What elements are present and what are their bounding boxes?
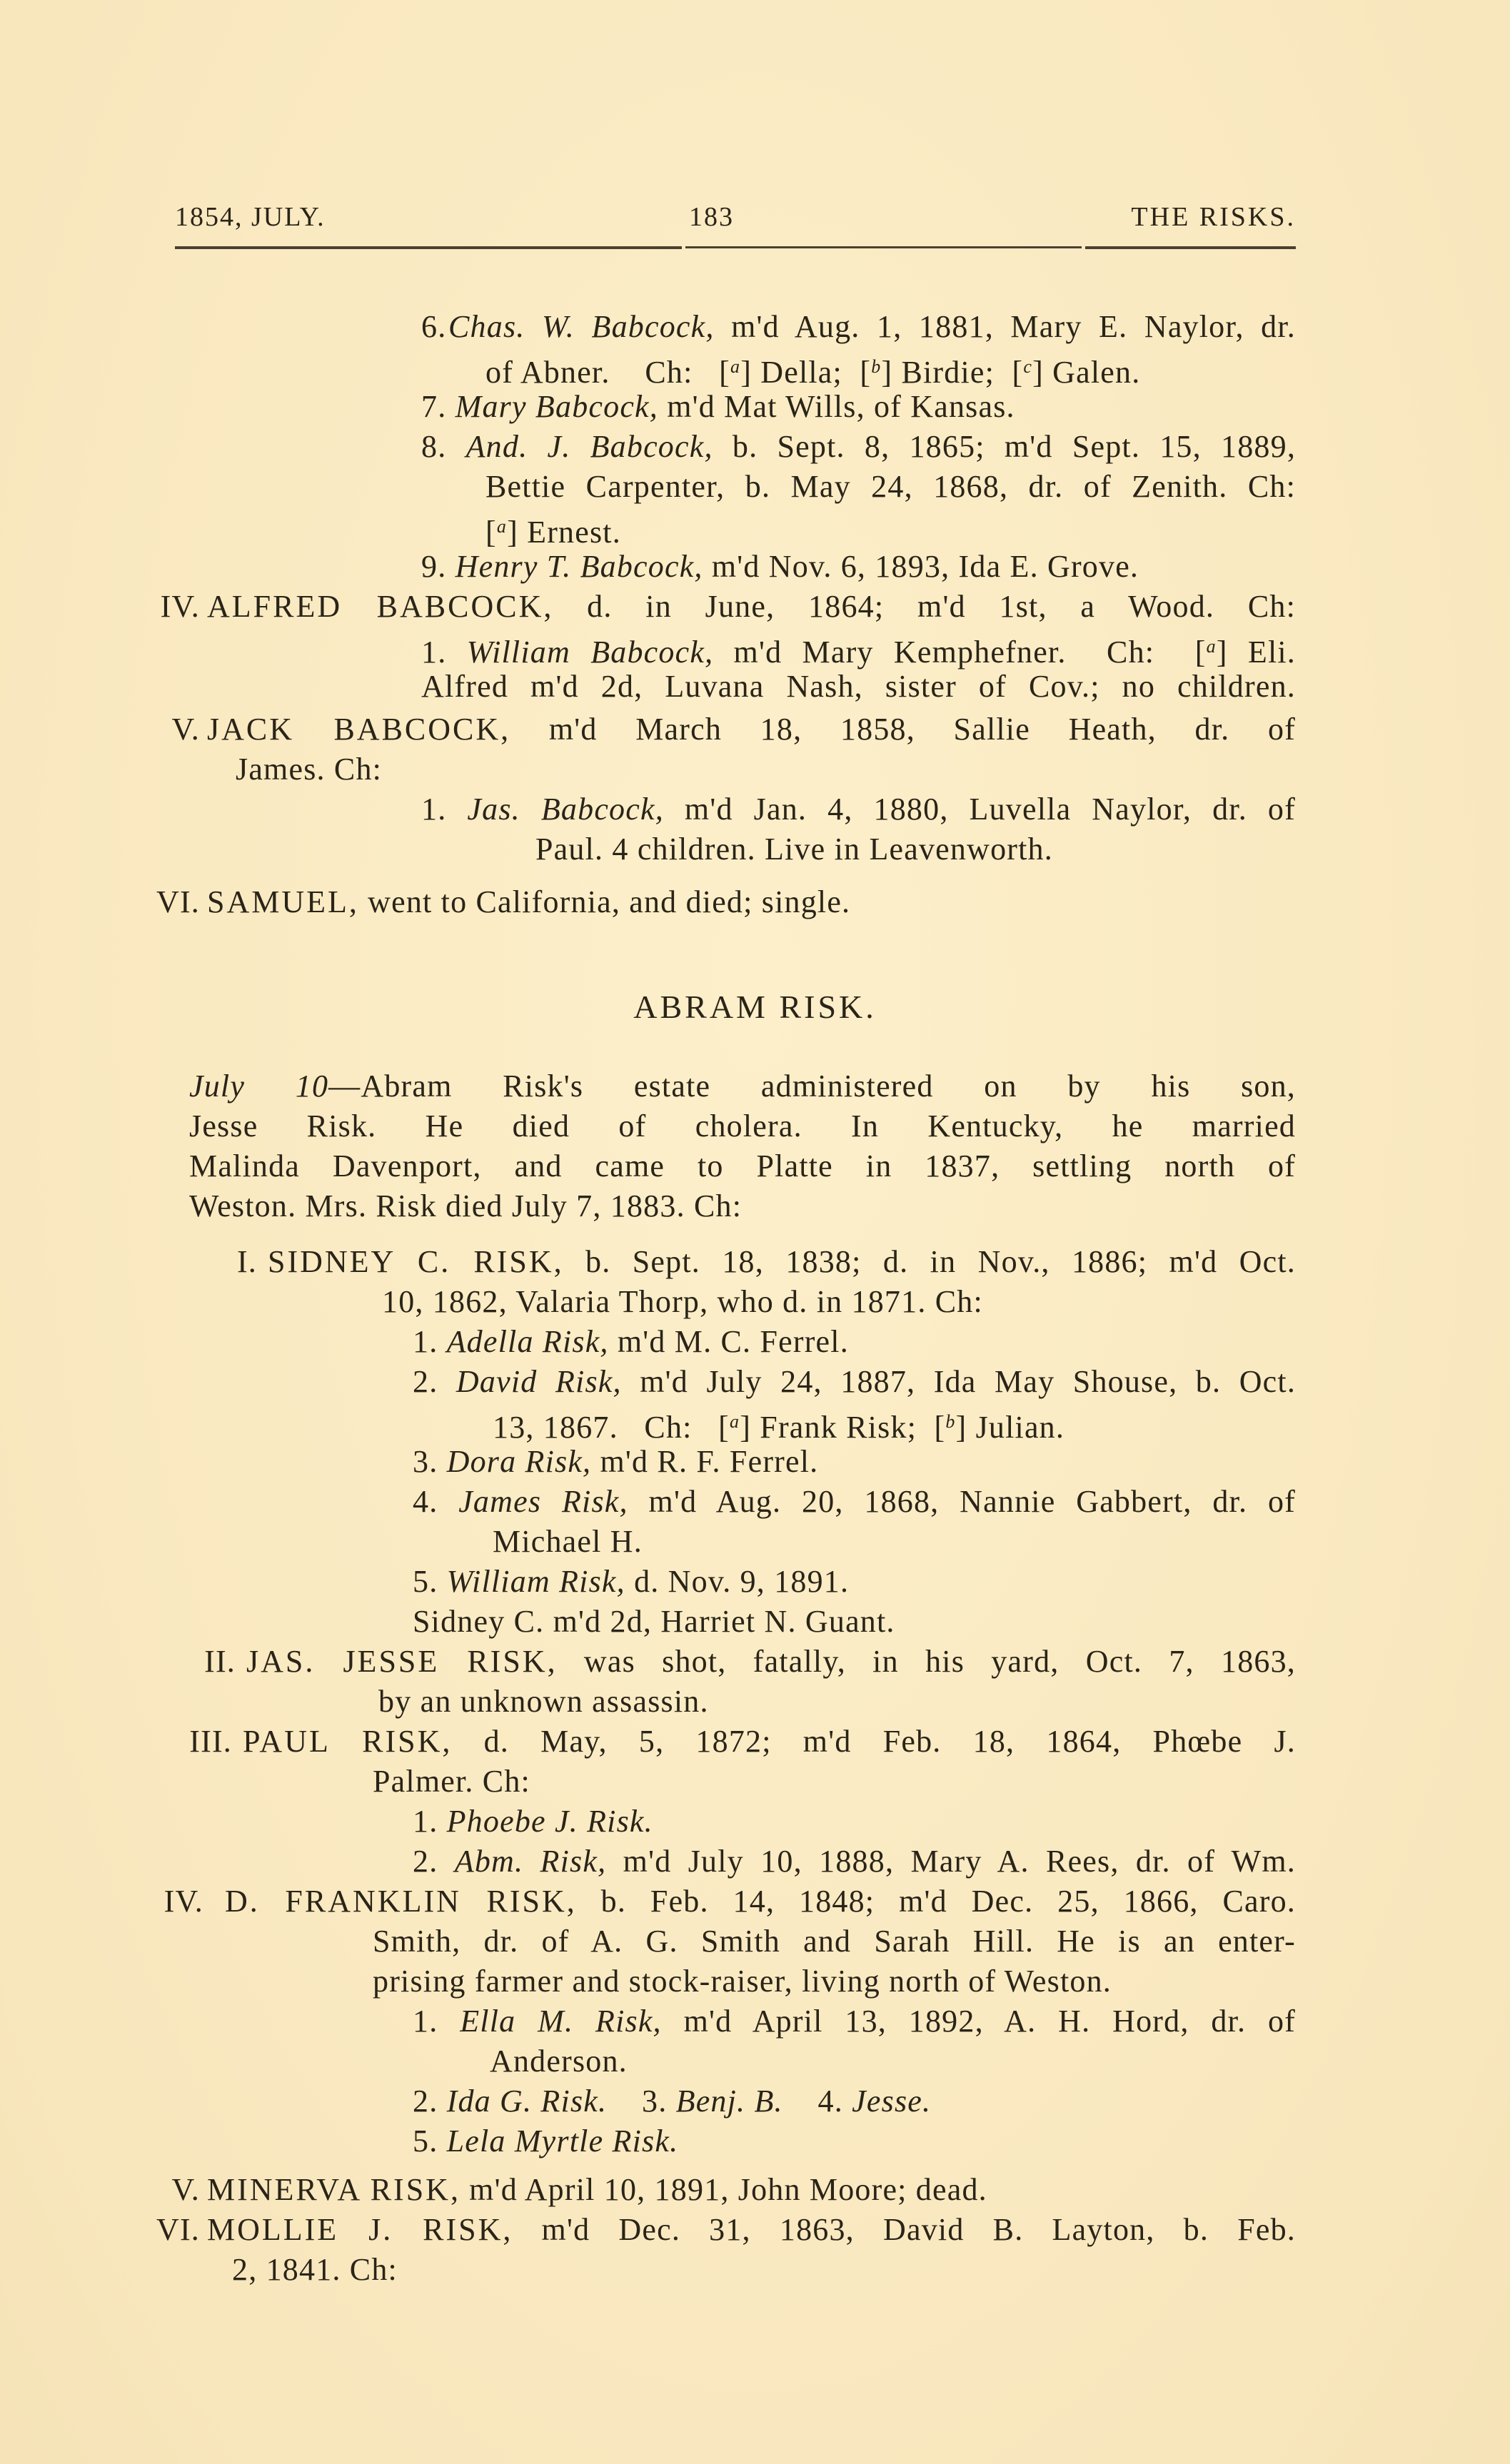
person-name: Jesse.	[852, 2084, 931, 2119]
header-rule	[1085, 246, 1296, 249]
section-line: I. SIDNEY C. RISK, b. Sept. 18, 1838; d.…	[214, 1242, 1296, 1282]
person-name: Benj. B.	[676, 2084, 783, 2119]
book-page: 1854, JULY. 183 THE RISKS. 6. Chas. W. B…	[0, 0, 1510, 2464]
intro-line: July 10—Abram Risk's estate administered…	[189, 1066, 1296, 1106]
entry-number: 4.	[413, 1484, 438, 1519]
entry-line: 6. Chas. W. Babcock, m'd Aug. 1, 1881, M…	[448, 307, 1296, 347]
entry-text: m'd Mat Wills, of Kansas.	[667, 389, 1015, 424]
entry-number: 7.	[421, 389, 446, 424]
person-name: William Risk,	[447, 1564, 625, 1599]
header-date: 1854, JULY.	[175, 201, 326, 233]
entry-number: 1.	[421, 792, 446, 827]
entry-number: 9.	[421, 549, 446, 584]
section-line: IV. ALFRED BABCOCK, d. in June, 1864; m'…	[150, 587, 1296, 627]
entry-text: m'd R. F. Ferrel.	[600, 1444, 818, 1479]
roman-numeral: I.	[214, 1242, 257, 1282]
person-name: Henry T. Babcock,	[455, 549, 703, 584]
entry-continuation: Bettie Carpenter, b. May 24, 1868, dr. o…	[485, 467, 1296, 507]
person-name: Abm. Risk,	[455, 1844, 607, 1879]
person-heading: MOLLIE J. RISK,	[207, 2212, 513, 2247]
person-name: Lela Myrtle Risk.	[447, 2124, 679, 2158]
entry-text: Jesse Risk. He died of cholera. In Kentu…	[189, 1106, 1296, 1146]
entry-number: 1.	[421, 635, 446, 670]
header-chapter-title: THE RISKS.	[1131, 201, 1296, 233]
person-heading: JAS. JESSE RISK,	[246, 1644, 558, 1679]
header-rule	[685, 246, 1082, 248]
roman-numeral: V.	[150, 2170, 200, 2210]
entry-text: m'd Aug. 1, 1881, Mary E. Naylor, dr.	[731, 309, 1296, 344]
entry-continuation: Palmer. Ch:	[373, 1762, 530, 1802]
person-name: And. J. Babcock,	[466, 429, 713, 464]
section-line: V. JACK BABCOCK, m'd March 18, 1858, Sal…	[150, 710, 1296, 749]
entry-line: 1. Ella M. Risk, m'd April 13, 1892, A. …	[413, 2001, 1296, 2041]
entry-number: 8.	[421, 429, 446, 464]
entry-text: went to California, and died; single.	[368, 884, 850, 919]
entry-number: 4.	[818, 2084, 843, 2119]
entry-text: m'd April 13, 1892, A. H. Hord, dr. of	[684, 2004, 1296, 2039]
entry-text: was shot, fatally, in his yard, Oct. 7, …	[584, 1644, 1296, 1679]
entry-continuation: prising farmer and stock-raiser, living …	[373, 1961, 1112, 2001]
person-heading: JACK BABCOCK,	[207, 712, 510, 747]
entry-line: 4. James Risk, m'd Aug. 20, 1868, Nannie…	[413, 1482, 1296, 1522]
entry-text: m'd March 18, 1858, Sallie Heath, dr. of	[549, 712, 1296, 747]
section-line: V. MINERVA RISK, m'd April 10, 1891, Joh…	[150, 2170, 987, 2210]
entry-text: m'd Aug. 20, 1868, Nannie Gabbert, dr. o…	[649, 1484, 1296, 1519]
entry-text: d. in June, 1864; m'd 1st, a Wood. Ch:	[587, 589, 1296, 624]
section-line: III. PAUL RISK, d. May, 5, 1872; m'd Feb…	[157, 1722, 1296, 1762]
person-heading: PAUL RISK,	[243, 1724, 452, 1759]
entry-line: 2. Abm. Risk, m'd July 10, 1888, Mary A.…	[413, 1842, 1296, 1882]
entry-continuation: James. Ch:	[236, 749, 382, 789]
entry-line: 9. Henry T. Babcock, m'd Nov. 6, 1893, I…	[421, 547, 1139, 587]
section-line: IV. D. FRANKLIN RISK, b. Feb. 14, 1848; …	[150, 1882, 1296, 1922]
entry-note: Sidney C. m'd 2d, Harriet N. Guant.	[413, 1602, 895, 1642]
entry-line: 1. Jas. Babcock, m'd Jan. 4, 1880, Luvel…	[421, 789, 1296, 829]
roman-numeral: IV.	[150, 1882, 203, 1922]
entry-text: —Abram Risk's estate administered on by …	[328, 1069, 1296, 1104]
person-name: Ida G. Risk.	[447, 2084, 608, 2119]
entry-date: July 10	[189, 1069, 328, 1104]
roman-numeral: III.	[157, 1722, 232, 1762]
entry-text: d. Nov. 9, 1891.	[634, 1564, 849, 1599]
entry-continuation: Paul. 4 children. Live in Leavenworth.	[535, 829, 1053, 869]
entry-number: 3.	[642, 2084, 667, 2119]
section-title: ABRAM RISK.	[0, 988, 1510, 1026]
entry-number: 5.	[413, 2124, 438, 2158]
entry-line: 7. Mary Babcock, m'd Mat Wills, of Kansa…	[421, 387, 1015, 427]
person-heading: D. FRANKLIN RISK,	[225, 1884, 577, 1919]
entry-line: 5. William Risk, d. Nov. 9, 1891.	[413, 1562, 849, 1602]
entry-line: 1. Adella Risk, m'd M. C. Ferrel.	[413, 1322, 849, 1362]
roman-numeral: VI.	[150, 2210, 200, 2250]
roman-numeral: VI.	[150, 882, 200, 922]
entry-text: Alfred m'd 2d, Luvana Nash, sister of Co…	[421, 667, 1296, 707]
intro-line: Weston. Mrs. Risk died July 7, 1883. Ch:	[189, 1186, 742, 1226]
person-heading: ALFRED BABCOCK,	[207, 589, 553, 624]
person-heading: MINERVA RISK,	[207, 2172, 460, 2207]
entry-number: 5.	[413, 1564, 438, 1599]
entry-number: 6.	[421, 307, 446, 347]
entry-continuation: Smith, dr. of A. G. Smith and Sarah Hill…	[373, 1922, 1296, 1961]
intro-line: Malinda Davenport, and came to Platte in…	[189, 1146, 1296, 1186]
person-name: Mary Babcock,	[455, 389, 658, 424]
entry-continuation: Michael H.	[493, 1522, 643, 1562]
entry-number: 1.	[413, 1324, 438, 1359]
entry-number: 2.	[413, 2084, 438, 2119]
entry-continuation: by an unknown assassin.	[378, 1682, 709, 1722]
entry-continuation: [a] Ernest.	[485, 507, 621, 552]
entry-line: 8. And. J. Babcock, b. Sept. 8, 1865; m'…	[421, 427, 1296, 467]
entry-line: 2. Ida G. Risk. 3. Benj. B. 4. Jesse.	[413, 2081, 931, 2121]
entry-line: 1. William Babcock, m'd Mary Kemphefner.…	[421, 627, 1296, 672]
entry-line: 1. Phoebe J. Risk.	[413, 1802, 653, 1842]
entry-note: Alfred m'd 2d, Luvana Nash, sister of Co…	[421, 667, 1296, 707]
entry-number: 3.	[413, 1444, 438, 1479]
entry-text: m'd April 10, 1891, John Moore; dead.	[469, 2172, 987, 2207]
person-name: Adella Risk,	[447, 1324, 609, 1359]
header-rule	[175, 246, 682, 249]
entry-text: b. Sept. 8, 1865; m'd Sept. 15, 1889,	[733, 429, 1296, 464]
page-number: 183	[689, 201, 734, 233]
entry-number: 2.	[413, 1364, 438, 1399]
roman-numeral: II.	[178, 1642, 236, 1682]
person-name: Chas. W. Babcock,	[448, 309, 715, 344]
entry-text: m'd Jan. 4, 1880, Luvella Naylor, dr. of	[685, 792, 1296, 827]
person-name: Jas. Babcock,	[467, 792, 664, 827]
person-name: Phoebe J. Risk.	[447, 1804, 653, 1839]
person-heading: SAMUEL,	[207, 884, 359, 919]
entry-number: 1.	[413, 1804, 438, 1839]
person-name: James Risk,	[458, 1484, 628, 1519]
entry-text: Malinda Davenport, and came to Platte in…	[189, 1146, 1296, 1186]
section-line: II. JAS. JESSE RISK, was shot, fatally, …	[178, 1642, 1296, 1682]
entry-line: 3. Dora Risk, m'd R. F. Ferrel.	[413, 1442, 818, 1482]
entry-text: b. Feb. 14, 1848; m'd Dec. 25, 1866, Car…	[601, 1884, 1296, 1919]
entry-text: d. May, 5, 1872; m'd Feb. 18, 1864, Phœb…	[484, 1724, 1296, 1759]
person-name: William Babcock,	[467, 635, 714, 670]
intro-line: Jesse Risk. He died of cholera. In Kentu…	[189, 1106, 1296, 1146]
entry-text: m'd July 10, 1888, Mary A. Rees, dr. of …	[623, 1844, 1296, 1879]
roman-numeral: IV.	[150, 587, 200, 627]
section-line: VI. SAMUEL, went to California, and died…	[150, 882, 850, 922]
person-heading: SIDNEY C. RISK,	[268, 1244, 564, 1279]
entry-number: 1.	[413, 2004, 438, 2039]
section-line: VI. MOLLIE J. RISK, m'd Dec. 31, 1863, D…	[150, 2210, 1296, 2250]
entry-continuation: of Abner. Ch: [a] Della; [b] Birdie; [c]…	[485, 347, 1140, 393]
entry-line: 2. David Risk, m'd July 24, 1887, Ida Ma…	[413, 1362, 1296, 1402]
person-name: David Risk,	[456, 1364, 622, 1399]
entry-text: m'd July 24, 1887, Ida May Shouse, b. Oc…	[640, 1364, 1296, 1399]
person-name: Ella M. Risk,	[460, 2004, 662, 2039]
entry-text: b. Sept. 18, 1838; d. in Nov., 1886; m'd…	[585, 1244, 1296, 1279]
entry-continuation: 10, 1862, Valaria Thorp, who d. in 1871.…	[382, 1282, 983, 1322]
entry-line: 5. Lela Myrtle Risk.	[413, 2121, 678, 2161]
entry-text: Bettie Carpenter, b. May 24, 1868, dr. o…	[485, 467, 1296, 507]
entry-text: Smith, dr. of A. G. Smith and Sarah Hill…	[373, 1922, 1296, 1961]
entry-text: m'd M. C. Ferrel.	[618, 1324, 849, 1359]
roman-numeral: V.	[150, 710, 200, 749]
person-name: Dora Risk,	[447, 1444, 592, 1479]
entry-continuation: 13, 1867. Ch: [a] Frank Risk; [b] Julian…	[493, 1402, 1064, 1448]
entry-continuation: 2, 1841. Ch:	[232, 2250, 398, 2290]
entry-text: m'd Dec. 31, 1863, David B. Layton, b. F…	[542, 2212, 1296, 2247]
entry-number: 2.	[413, 1844, 438, 1879]
running-header: 1854, JULY. 183 THE RISKS.	[175, 201, 1296, 237]
entry-text: m'd Nov. 6, 1893, Ida E. Grove.	[712, 549, 1139, 584]
entry-continuation: Anderson.	[490, 2041, 628, 2081]
